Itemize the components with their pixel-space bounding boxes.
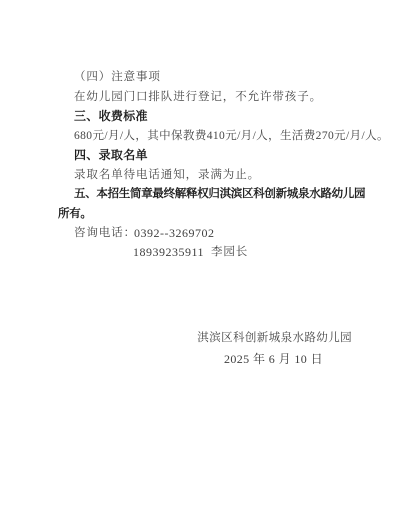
phone-number-primary: 0392--3269702 xyxy=(134,226,215,240)
contact-label: 咨询电话： xyxy=(74,226,136,240)
section3-fees-heading: 三、收费标准 xyxy=(74,109,148,123)
item4-notes-heading: （四）注意事项 xyxy=(74,70,161,84)
section5-interpretation-line1: 五、本招生简章最终解释权归淇滨区科创新城泉水路幼儿园 xyxy=(74,187,365,201)
contact-person: 李园长 xyxy=(211,245,248,259)
section4-admission-list-body: 录取名单待电话通知，录满为止。 xyxy=(74,168,260,182)
section5-interpretation-line2: 所有。 xyxy=(58,207,92,221)
document-page: （四）注意事项 在幼儿园门口排队进行登记，不允许带孩子。 三、收费标准 680元… xyxy=(0,0,400,510)
item4-notes-body: 在幼儿园门口排队进行登记，不允许带孩子。 xyxy=(74,90,322,104)
signature-date: 2025 年 6 月 10 日 xyxy=(224,352,323,366)
section3-fees-body: 680元/月/人，其中保教费410元/月/人，生活费270元/月/人。 xyxy=(74,129,389,143)
section4-admission-list-heading: 四、录取名单 xyxy=(74,148,148,162)
phone-number-secondary: 18939235911 xyxy=(133,245,204,259)
signature-organization: 淇滨区科创新城泉水路幼儿园 xyxy=(197,331,352,345)
